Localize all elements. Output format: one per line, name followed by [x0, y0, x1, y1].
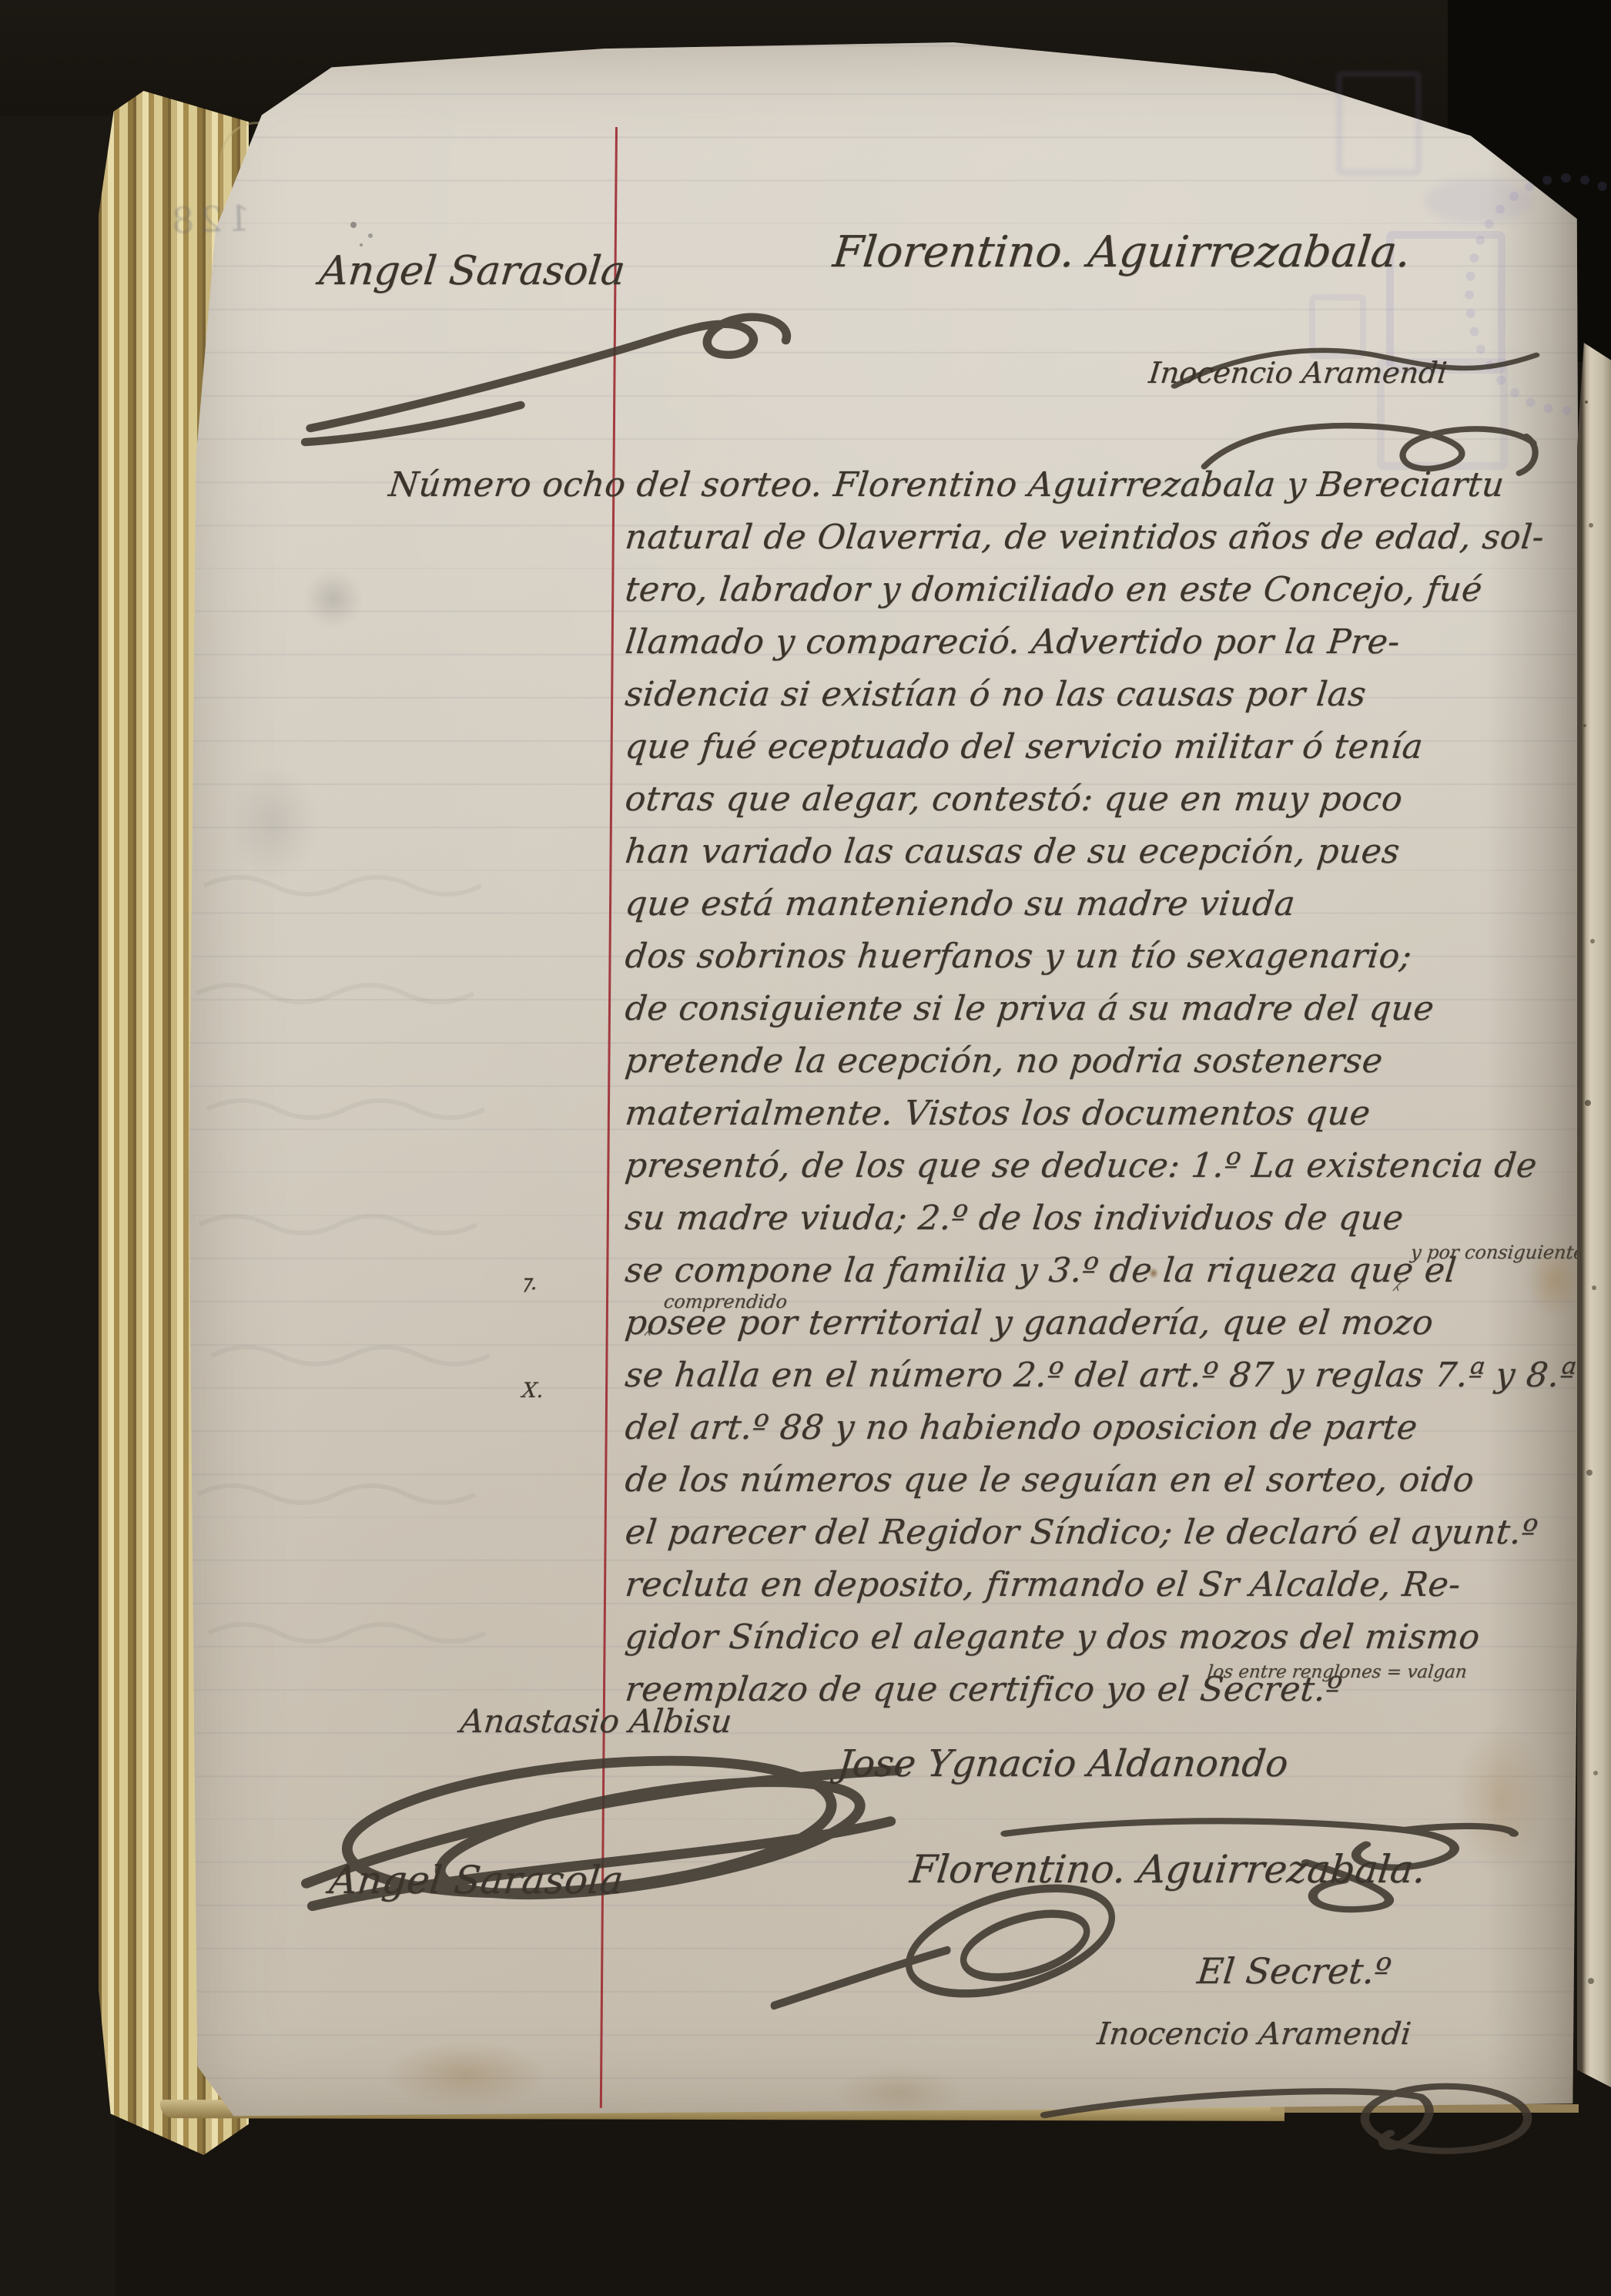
stamp-ghost — [1336, 71, 1422, 176]
rubric-flourish-oval — [770, 1881, 1140, 2019]
margin-insertion-mark-1: ⁊. — [519, 1271, 538, 1295]
book-page-edge-right — [1577, 343, 1611, 2087]
manuscript-line: llamado y compareció. Advertido por la P… — [623, 622, 1402, 662]
bleedthrough-page-number: 128 — [166, 197, 251, 242]
header-signature-inocencio-aramendi: Inocencio Aramendi — [1147, 356, 1449, 390]
signature-jose-ygnacio-aldanondo: Jose Ygnacio Aldanondo — [836, 1742, 1290, 1785]
manuscript-line: se halla en el número 2.º del art.º 87 y… — [623, 1356, 1578, 1395]
validation-note: los entre renglones = valgan — [1207, 1662, 1468, 1682]
closing-signature-angel-sarasola: Angel Sarasola — [327, 1858, 625, 1902]
manuscript-line: recluta en deposito, firmando el Sr Alca… — [623, 1565, 1462, 1604]
manuscript-line: sidencia si existían ó no las causas por… — [623, 675, 1368, 714]
smudge — [229, 766, 318, 878]
manuscript-line: que está manteniendo su madre viuda — [623, 884, 1297, 923]
manuscript-line: pretende la ecepción, no podria sostener… — [623, 1041, 1385, 1081]
manuscript-line: el parecer del Regidor Síndico; le decla… — [623, 1513, 1539, 1552]
interlineation-comprendido: comprendido — [663, 1291, 789, 1312]
manuscript-line: tero, labrador y domiciliado en este Con… — [623, 570, 1484, 609]
margin-signature-anastasio: Anastasio Albisu — [458, 1702, 733, 1740]
header-signature-angel-sarasola: Angel Sarasola — [317, 248, 628, 294]
closing-signature-inocencio-aramendi: Inocencio Aramendi — [1096, 2016, 1413, 2052]
manuscript-line: gidor Síndico el alegante y dos mozos de… — [623, 1617, 1482, 1657]
stain — [385, 2043, 547, 2107]
bleedthrough-script — [189, 863, 605, 1771]
manuscript-line: que fué eceptuado del servicio militar ó… — [623, 727, 1425, 766]
interlineation-por-consiguiente: y por consiguiente — [1410, 1242, 1586, 1263]
edge-specks — [1585, 401, 1588, 404]
background-shadow-left — [0, 0, 116, 2296]
manuscript-line: del art.º 88 y no habiendo oposicion de … — [623, 1408, 1419, 1447]
register-photo-scene: 128 Angel Sarasola Florentino. Aguirreza… — [0, 0, 1611, 2296]
manuscript-line: natural de Olaverria, de veintidos años … — [623, 518, 1546, 557]
manuscript-line: materialmente. Vistos los documentos que — [623, 1094, 1372, 1133]
manuscript-line: presentó, de los que se deduce: 1.º La e… — [623, 1146, 1539, 1185]
manuscript-line: de consiguiente si le priva á su madre d… — [623, 989, 1436, 1028]
manuscript-line: dos sobrinos huerfanos y un tío sexagena… — [623, 937, 1414, 976]
stain — [836, 2069, 963, 2115]
manuscript-line: su madre viuda; 2.º de los individuos de… — [623, 1198, 1405, 1238]
manuscript-line: otras que alegar, contestó: que en muy p… — [623, 779, 1405, 819]
manuscript-line: han variado las causas de su ecepción, p… — [623, 832, 1402, 871]
manuscript-line: Número ocho del sorteo. Florentino Aguir… — [387, 465, 1506, 504]
smudge — [304, 570, 362, 628]
ink-fleck — [350, 222, 357, 228]
rubric-flourish — [300, 308, 801, 447]
closing-secretary-title: El Secret.º — [1195, 1950, 1393, 1992]
manuscript-line: se compone la familia y 3.º de la riquez… — [623, 1251, 1458, 1290]
stamp-ghost-blob — [1425, 179, 1532, 223]
rubric-flourish — [1040, 2072, 1548, 2180]
header-signature-florentino-aguirrezabala: Florentino. Aguirrezabala. — [831, 227, 1413, 277]
margin-insertion-mark-2: X. — [521, 1379, 544, 1403]
manuscript-line: de los números que le seguían en el sort… — [623, 1460, 1476, 1500]
